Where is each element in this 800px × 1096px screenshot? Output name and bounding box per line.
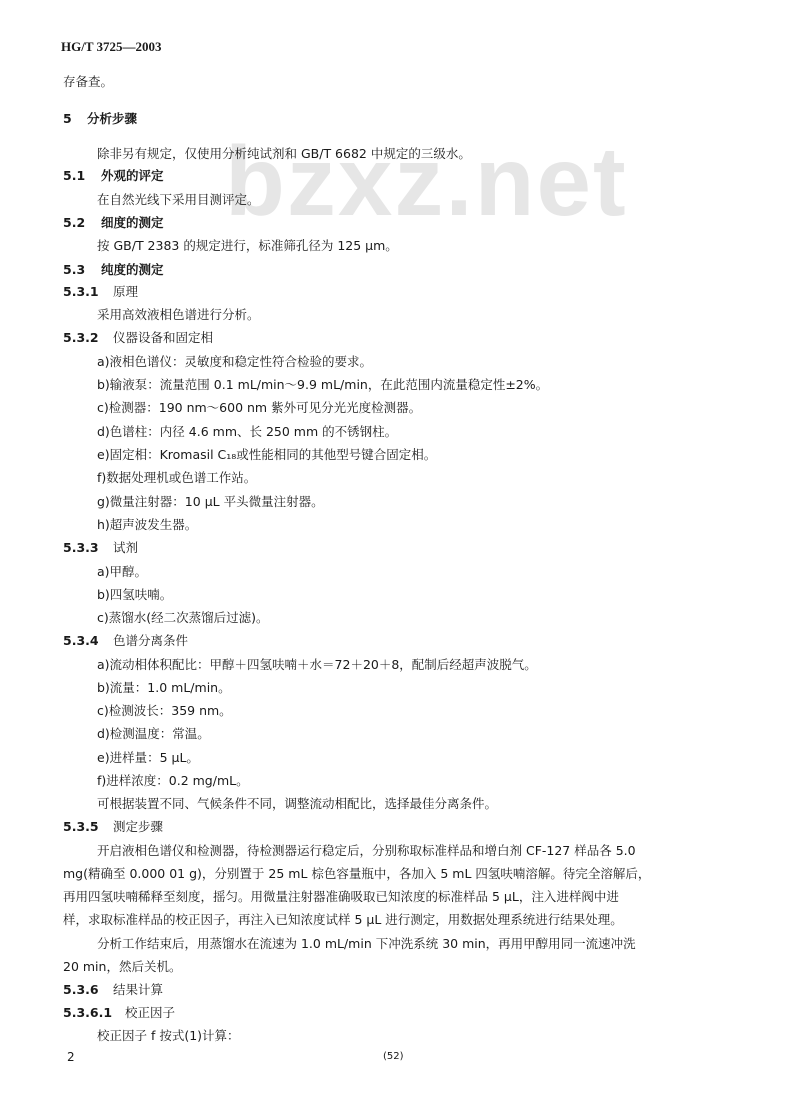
list-item: f)进样浓度：0.2 mg/mL。 — [97, 773, 249, 789]
list-item: a)甲醇。 — [97, 564, 147, 580]
paragraph-line: 样，求取标准样品的校正因子，再注入已知浓度试样 5 μL 进行测定，用数据处理系… — [63, 912, 623, 928]
section-title: 测定步骤 — [113, 819, 163, 834]
paragraph-line: mg(精确至 0.000 01 g)，分别置于 25 mL 棕色容量瓶中，各加入… — [63, 866, 650, 882]
list-item: b)流量：1.0 mL/min。 — [97, 680, 231, 696]
paragraph-line: 分析工作结束后，用蒸馏水在流速为 1.0 mL/min 下冲洗系统 30 min… — [97, 936, 636, 952]
section-number: 5.2 — [63, 215, 101, 231]
paragraph-line: 除非另有规定，仅使用分析纯试剂和 GB/T 6682 中规定的三级水。 — [97, 146, 471, 162]
section-title: 色谱分离条件 — [113, 633, 188, 648]
section-number: 5.3.1 — [63, 284, 113, 300]
section-number: 5.3.6.1 — [63, 1005, 125, 1021]
list-item: f)数据处理机或色谱工作站。 — [97, 470, 256, 486]
section-title: 分析步骤 — [87, 111, 137, 126]
section-title: 细度的测定 — [101, 215, 164, 230]
paragraph-line: 20 min，然后关机。 — [63, 959, 181, 975]
section-number: 5.3 — [63, 262, 101, 278]
section-5-3-3-heading: 5.3.3试剂 — [63, 540, 138, 556]
paragraph-line: 采用高效液相色谱进行分析。 — [97, 307, 260, 323]
paragraph-line: 在自然光线下采用目测评定。 — [97, 192, 260, 208]
paragraph-line: 可根据装置不同、气候条件不同，调整流动相配比，选择最佳分离条件。 — [97, 796, 497, 812]
section-5-3-2-heading: 5.3.2仪器设备和固定相 — [63, 330, 213, 346]
section-5-1-heading: 5.1外观的评定 — [63, 168, 164, 184]
section-5-2-heading: 5.2细度的测定 — [63, 215, 164, 231]
list-item: b)四氢呋喃。 — [97, 587, 172, 603]
section-number: 5 — [63, 111, 87, 127]
section-number: 5.3.2 — [63, 330, 113, 346]
paragraph-line: 再用四氢呋喃稀释至刻度，摇匀。用微量注射器准确吸取已知浓度的标准样品 5 μL，… — [63, 889, 619, 905]
section-number: 5.1 — [63, 168, 101, 184]
section-title: 外观的评定 — [101, 168, 164, 183]
section-5-3-1-heading: 5.3.1原理 — [63, 284, 138, 300]
list-item: a)液相色谱仪：灵敏度和稳定性符合检验的要求。 — [97, 354, 372, 370]
section-5-3-4-heading: 5.3.4色谱分离条件 — [63, 633, 188, 649]
section-number: 5.3.5 — [63, 819, 113, 835]
list-item: b)输液泵：流量范围 0.1 mL/min～9.9 mL/min，在此范围内流量… — [97, 377, 548, 393]
paragraph-line: 校正因子 f 按式(1)计算： — [97, 1028, 240, 1044]
list-item: d)色谱柱：内径 4.6 mm、长 250 mm 的不锈钢柱。 — [97, 424, 397, 440]
section-title: 结果计算 — [113, 982, 163, 997]
section-5-heading: 5分析步骤 — [63, 111, 137, 127]
list-item: d)检测温度：常温。 — [97, 726, 210, 742]
paragraph-line: 存备查。 — [63, 74, 113, 90]
section-number: 5.3.3 — [63, 540, 113, 556]
paragraph-line: 按 GB/T 2383 的规定进行，标准筛孔径为 125 μm。 — [97, 238, 398, 254]
section-title: 试剂 — [113, 540, 138, 555]
standard-code-header: HG/T 3725—2003 — [61, 39, 162, 55]
section-title: 校正因子 — [125, 1005, 175, 1020]
page-number: 2 — [67, 1049, 75, 1065]
list-item: c)检测器：190 nm～600 nm 紫外可见分光光度检测器。 — [97, 400, 421, 416]
list-item: a)流动相体积配比：甲醇＋四氢呋喃＋水＝72＋20＋8，配制后经超声波脱气。 — [97, 657, 537, 673]
list-item: e)固定相：Kromasil C₁₈或性能相同的其他型号键合固定相。 — [97, 447, 436, 463]
section-5-3-heading: 5.3纯度的测定 — [63, 262, 164, 278]
list-item: c)蒸馏水(经二次蒸馏后过滤)。 — [97, 610, 269, 626]
section-number: 5.3.4 — [63, 633, 113, 649]
paragraph-line: 开启液相色谱仪和检测器，待检测器运行稳定后，分别称取标准样品和增白剂 CF-12… — [97, 843, 636, 859]
center-page-number: (52) — [383, 1049, 404, 1065]
section-5-3-6-1-heading: 5.3.6.1校正因子 — [63, 1005, 175, 1021]
list-item: g)微量注射器：10 μL 平头微量注射器。 — [97, 494, 324, 510]
section-title: 仪器设备和固定相 — [113, 330, 213, 345]
section-5-3-6-heading: 5.3.6结果计算 — [63, 982, 163, 998]
document-page: bzxz.net HG/T 3725—2003 存备查。 5分析步骤 除非另有规… — [0, 0, 800, 1096]
list-item: e)进样量：5 μL。 — [97, 750, 199, 766]
section-number: 5.3.6 — [63, 982, 113, 998]
section-title: 原理 — [113, 284, 138, 299]
section-title: 纯度的测定 — [101, 262, 164, 277]
list-item: c)检测波长：359 nm。 — [97, 703, 232, 719]
list-item: h)超声波发生器。 — [97, 517, 197, 533]
section-5-3-5-heading: 5.3.5测定步骤 — [63, 819, 163, 835]
